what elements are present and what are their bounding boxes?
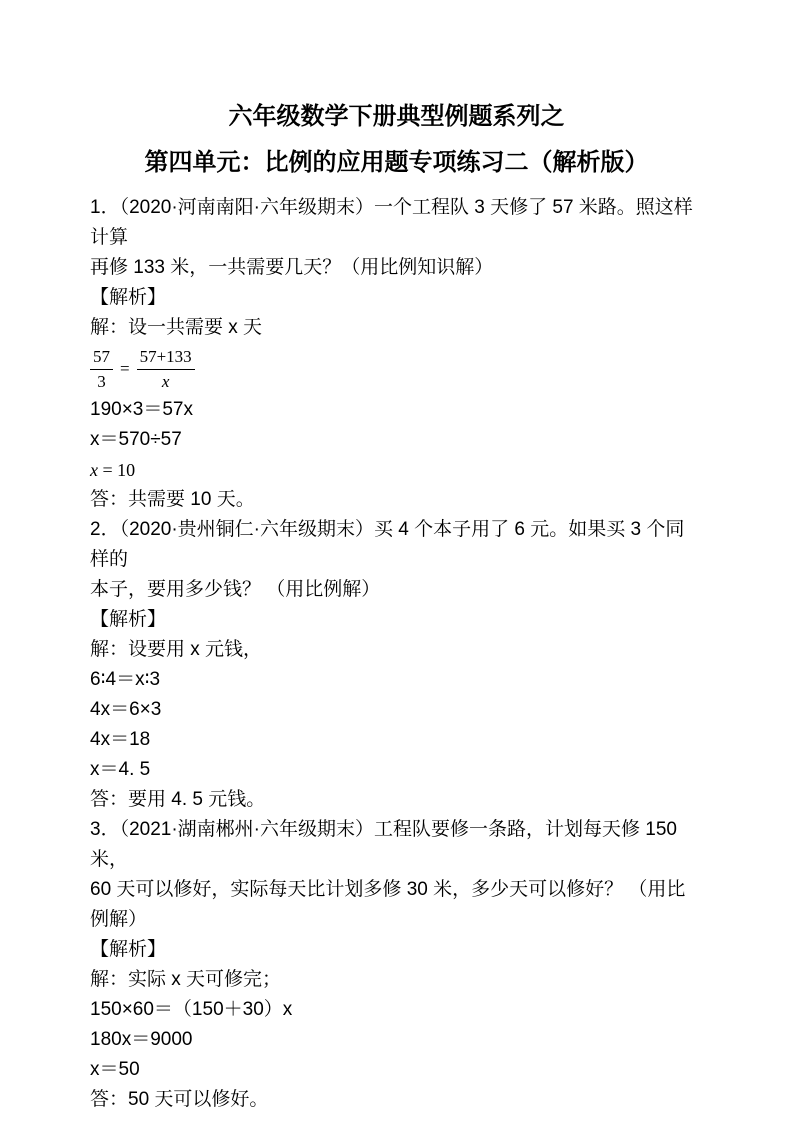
problem-1-analysis-label: 【解析】 (90, 283, 703, 313)
worksheet-page: 六年级数学下册典型例题系列之 第四单元：比例的应用题专项练习二（解析版） 1．（… (0, 0, 793, 1122)
problem-3-step-3: x＝50 (90, 1055, 703, 1085)
title-line-2: 第四单元：比例的应用题专项练习二（解析版） (90, 140, 703, 186)
document-title: 六年级数学下册典型例题系列之 第四单元：比例的应用题专项练习二（解析版） (90, 94, 703, 186)
problem-3-question-line-1: 3．（2021·湖南郴州·六年级期末）工程队要修一条路，计划每天修 150 米， (90, 815, 703, 875)
problem-2-analysis-label: 【解析】 (90, 605, 703, 635)
right-fraction-denominator: x (137, 369, 195, 392)
problem-3: 3．（2021·湖南郴州·六年级期末）工程队要修一条路，计划每天修 150 米，… (90, 815, 703, 1115)
problem-2-step-4: x＝4. 5 (90, 755, 703, 785)
problem-3-answer: 答：50 天可以修好。 (90, 1085, 703, 1115)
left-fraction-numerator: 57 (90, 347, 113, 369)
problem-2-answer: 答：要用 4. 5 元钱。 (90, 785, 703, 815)
problem-3-step-2: 180x＝9000 (90, 1025, 703, 1055)
problem-2: 2．（2020·贵州铜仁·六年级期末）买 4 个本子用了 6 元。如果买 3 个… (90, 515, 703, 815)
problem-2-step-3: 4x＝18 (90, 725, 703, 755)
equals-sign: = (120, 359, 130, 379)
right-fraction: 57+133 x (137, 347, 195, 391)
left-fraction: 57 3 (90, 347, 113, 391)
problem-1-question-line-1: 1．（2020·河南南阳·六年级期末）一个工程队 3 天修了 57 米路。照这样… (90, 193, 703, 253)
problem-3-question-line-2: 60 天可以修好，实际每天比计划多修 30 米，多少天可以修好？ （用比例解） (90, 875, 703, 935)
problem-1-solution-setup: 解：设一共需要 x 天 (90, 313, 703, 343)
problem-2-step-1: 6∶4＝x∶3 (90, 665, 703, 695)
problem-2-step-2: 4x＝6×3 (90, 695, 703, 725)
problem-2-solution-setup: 解：设要用 x 元钱， (90, 635, 703, 665)
right-fraction-numerator: 57+133 (137, 347, 195, 369)
problem-1-proportion-equation: 57 3 = 57+133 x (90, 343, 703, 395)
result-value: = 10 (98, 460, 135, 480)
problem-1-step-2: x＝570÷57 (90, 425, 703, 455)
left-fraction-denominator: 3 (90, 369, 113, 392)
title-line-1: 六年级数学下册典型例题系列之 (90, 94, 703, 140)
problem-1: 1．（2020·河南南阳·六年级期末）一个工程队 3 天修了 57 米路。照这样… (90, 193, 703, 515)
problem-2-question-line-1: 2．（2020·贵州铜仁·六年级期末）买 4 个本子用了 6 元。如果买 3 个… (90, 515, 703, 575)
problem-3-solution-setup: 解：实际 x 天可修完； (90, 965, 703, 995)
problem-3-analysis-label: 【解析】 (90, 935, 703, 965)
result-variable: x (90, 460, 98, 480)
problem-2-question-line-2: 本子，要用多少钱？ （用比例解） (90, 575, 703, 605)
problem-1-result: x = 10 (90, 455, 703, 485)
problem-1-step-1: 190×3＝57x (90, 395, 703, 425)
problem-1-answer: 答：共需要 10 天。 (90, 485, 703, 515)
problem-3-step-1: 150×60＝（150＋30）x (90, 995, 703, 1025)
problem-1-question-line-2: 再修 133 米，一共需要几天？（用比例知识解） (90, 253, 703, 283)
